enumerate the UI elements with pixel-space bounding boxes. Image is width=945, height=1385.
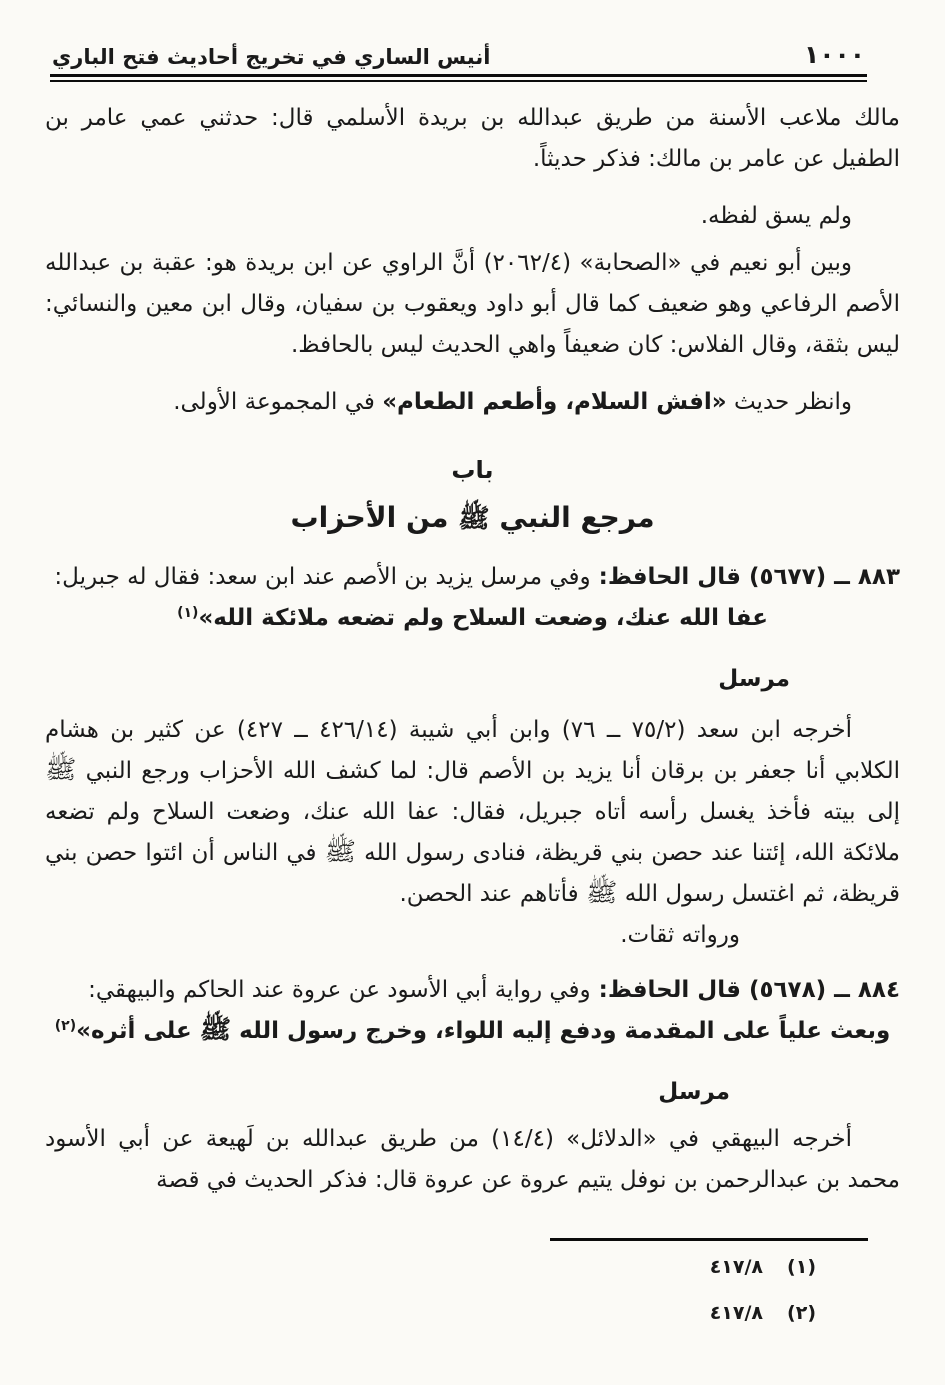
running-header-title: أنيس الساري في تخريج أحاديث فتح الباري bbox=[52, 45, 490, 69]
header-rule bbox=[50, 74, 867, 82]
footnote-2: (٢)٤١٧/٨ bbox=[0, 1293, 868, 1333]
hadith-884-number: ٨٨٤ ــ (٥٦٧٨) قال الحافظ: bbox=[591, 977, 900, 1003]
bab-title: مرجع النبي ﷺ من الأحزاب bbox=[45, 493, 900, 543]
pbuh-symbol: ﷺ bbox=[200, 1015, 231, 1045]
mursal-label-2: مرسل bbox=[45, 1072, 900, 1113]
hadith-883-quote: عفا الله عنك، وضعت السلاح ولم تضعه ملائك… bbox=[45, 598, 900, 639]
footnote-1-marker: (١) bbox=[787, 1256, 816, 1278]
bab-title-pre: مرجع النبي bbox=[490, 501, 655, 534]
cross-reference-tail: في المجموعة الأولى. bbox=[173, 389, 382, 415]
hadith-884-intro-text: وفي رواية أبي الأسود عن عروة عند الحاكم … bbox=[88, 977, 591, 1003]
bab-title-post: من الأحزاب bbox=[290, 501, 458, 534]
takhrij-884: أخرجه البيهقي في «الدلائل» (١٤/٤) من طري… bbox=[45, 1119, 900, 1201]
takhrij-883-part-d: فأتاهم عند الحصن. bbox=[399, 881, 586, 907]
footnote-divider bbox=[550, 1238, 868, 1241]
hadith-883-quote-text: عفا الله عنك، وضعت السلاح ولم تضعه ملائك… bbox=[198, 605, 767, 631]
book-page: ١٠٠٠ أنيس الساري في تخريج أحاديث فتح الب… bbox=[0, 0, 945, 1385]
takhrij-883-part-a: أخرجه ابن سعد (٧٥/٢ ــ ٧٦) وابن أبي شيبة… bbox=[45, 717, 900, 784]
hadith-884-quote-part-b: على أثره» bbox=[76, 1018, 200, 1044]
cross-reference-lead: وانظر حديث bbox=[727, 389, 852, 415]
footnote-ref-2: (٢) bbox=[55, 1018, 76, 1034]
hadith-884-intro: ٨٨٤ ــ (٥٦٧٨) قال الحافظ: وفي رواية أبي … bbox=[45, 970, 900, 1011]
referenced-hadith-title: «افش السلام، وأطعم الطعام» bbox=[382, 389, 726, 415]
paragraph-ruwatuhu-thiqat: ورواته ثقات. bbox=[45, 915, 900, 956]
pbuh-symbol: ﷺ bbox=[45, 755, 76, 785]
hadith-884-quote-part-a: وبعث علياً على المقدمة ودفع إليه اللواء،… bbox=[231, 1018, 890, 1044]
footnote-1: (١)٤١٧/٨ bbox=[0, 1247, 868, 1287]
pbuh-symbol: ﷺ bbox=[458, 504, 489, 534]
footnote-2-marker: (٢) bbox=[787, 1302, 816, 1324]
hadith-884-quote: وبعث علياً على المقدمة ودفع إليه اللواء،… bbox=[45, 1011, 900, 1052]
page-body: مالك ملاعب الأسنة من طريق عبدالله بن بري… bbox=[0, 98, 945, 1201]
running-header: ١٠٠٠ أنيس الساري في تخريج أحاديث فتح الب… bbox=[0, 0, 945, 69]
page-number: ١٠٠٠ bbox=[804, 40, 865, 69]
paragraph-abu-nuaym-grading: وبين أبو نعيم في «الصحابة» (٢٠٦٢/٤) أنَّ… bbox=[45, 243, 900, 366]
footnote-1-text: ٤١٧/٨ bbox=[710, 1256, 763, 1278]
header-rule-top-line bbox=[50, 74, 867, 77]
pbuh-symbol: ﷺ bbox=[325, 837, 356, 867]
paragraph-lam-yasuq: ولم يسق لفظه. bbox=[45, 196, 900, 237]
footnote-ref-1: (١) bbox=[177, 605, 198, 621]
footnote-2-text: ٤١٧/٨ bbox=[710, 1302, 763, 1324]
hadith-883-intro: ٨٨٣ ــ (٥٦٧٧) قال الحافظ: وفي مرسل يزيد … bbox=[45, 557, 900, 598]
header-rule-bottom-line bbox=[50, 80, 867, 82]
paragraph-isnad-continuation: مالك ملاعب الأسنة من طريق عبدالله بن بري… bbox=[45, 98, 900, 180]
paragraph-cross-reference: وانظر حديث «افش السلام، وأطعم الطعام» في… bbox=[45, 382, 900, 423]
takhrij-883: أخرجه ابن سعد (٧٥/٢ ــ ٧٦) وابن أبي شيبة… bbox=[45, 710, 900, 915]
bab-label: باب bbox=[45, 453, 900, 487]
hadith-883-intro-text: وفي مرسل يزيد بن الأصم عند ابن سعد: فقال… bbox=[54, 564, 590, 590]
pbuh-symbol: ﷺ bbox=[586, 878, 617, 908]
hadith-883-number: ٨٨٣ ــ (٥٦٧٧) قال الحافظ: bbox=[591, 564, 900, 590]
footnotes-block: (١)٤١٧/٨ (٢)٤١٧/٨ bbox=[0, 1238, 868, 1333]
mursal-label-1: مرسل bbox=[45, 659, 900, 700]
